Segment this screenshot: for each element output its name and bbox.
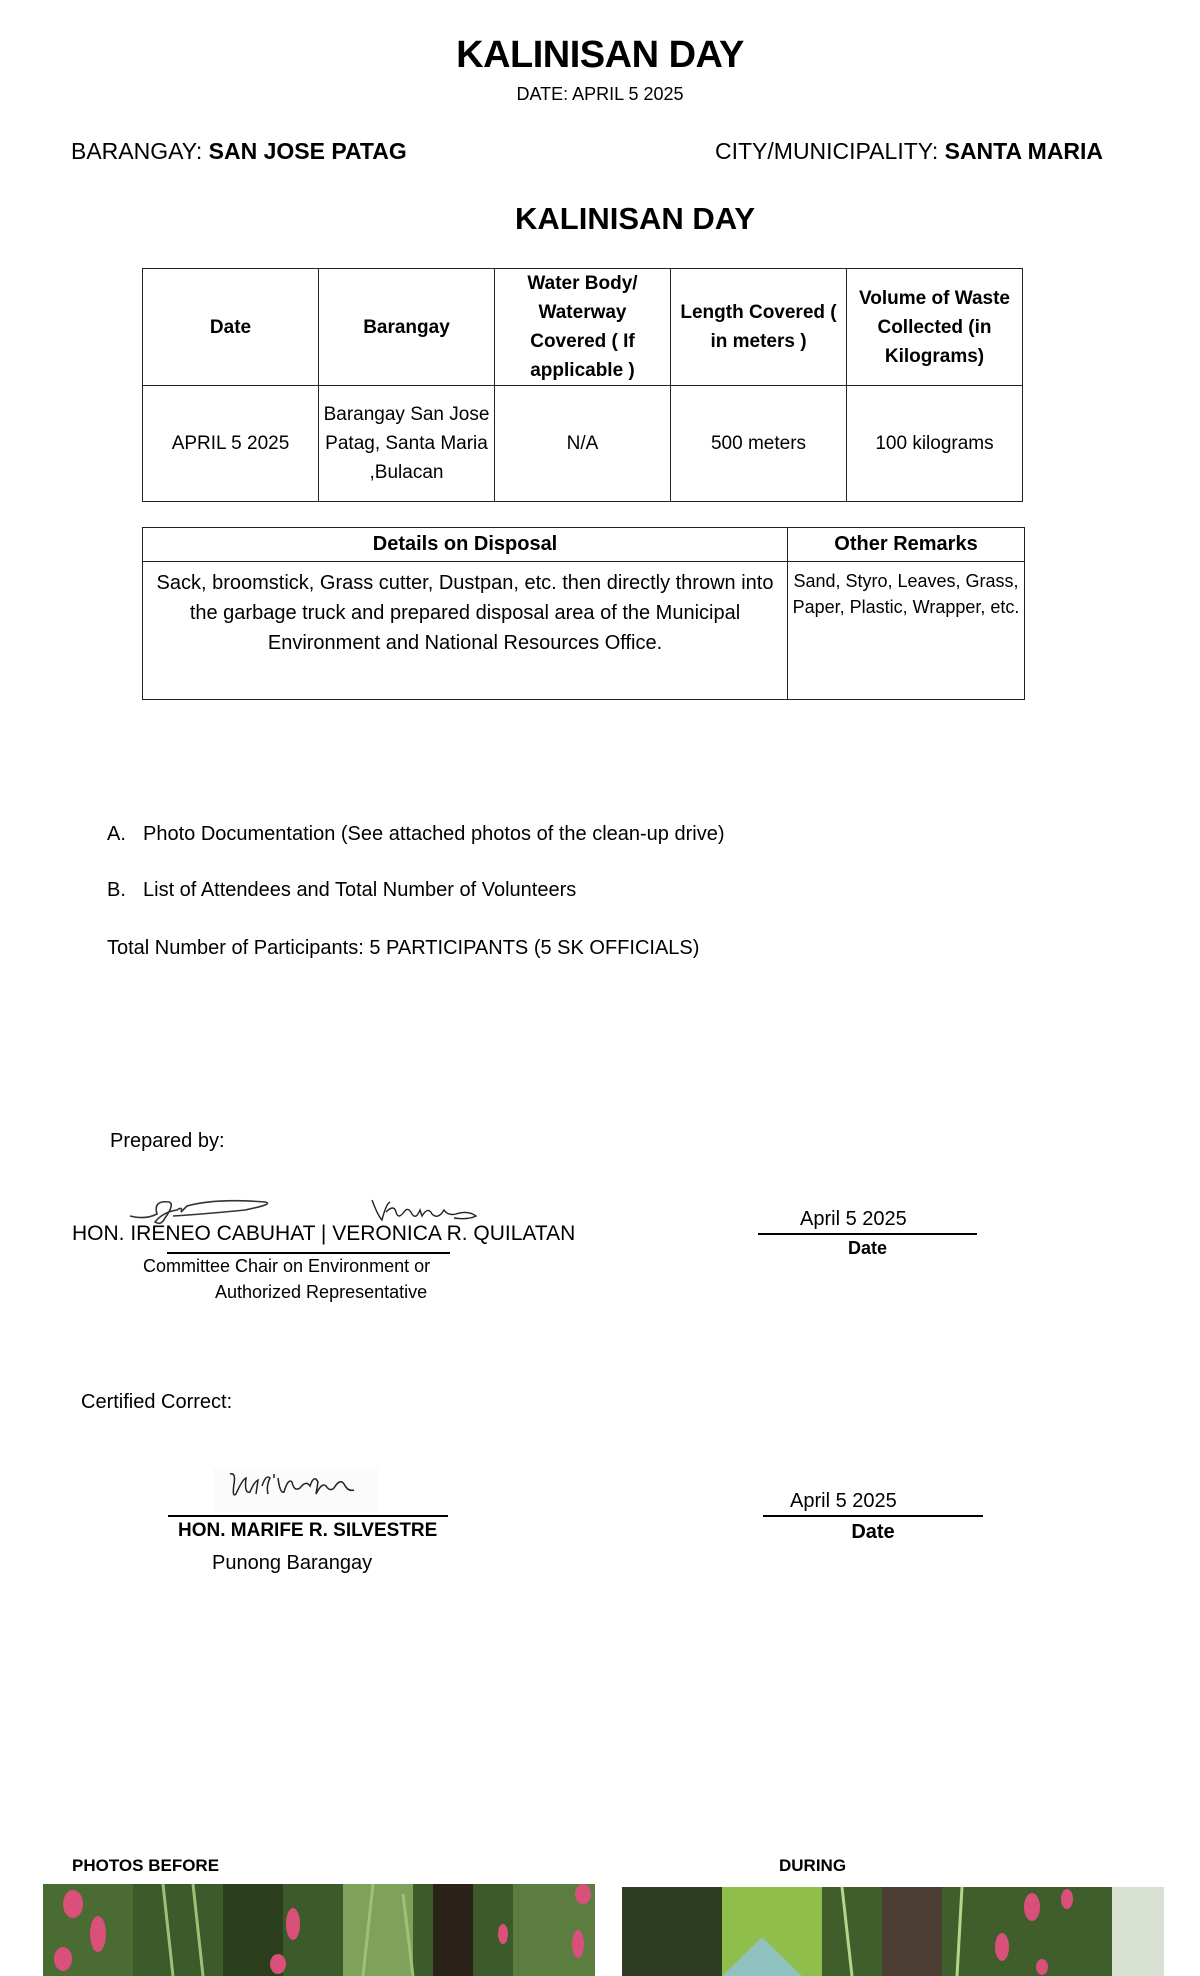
- document-date: DATE: APRIL 5 2025: [0, 84, 1200, 105]
- document-title: KALINISAN DAY: [0, 34, 1200, 77]
- list-marker: A.: [107, 823, 143, 846]
- col-header-disposal: Details on Disposal: [143, 528, 788, 562]
- certifier-name: HON. MARIFE R. SILVESTRE: [178, 1520, 437, 1542]
- cell-remarks: Sand, Styro, Leaves, Grass, Paper, Plast…: [788, 562, 1025, 700]
- list-item-text: List of Attendees and Total Number of Vo…: [143, 879, 576, 901]
- photo-during-image: [622, 1887, 1164, 1976]
- preparer-names: HON. IRENEO CABUHAT | VERONICA R. QUILAT…: [72, 1222, 575, 1246]
- barangay-field: BARANGAY: SAN JOSE PATAG: [71, 138, 407, 165]
- col-header-length: Length Covered ( in meters ): [671, 269, 847, 386]
- table-header-row: Details on Disposal Other Remarks: [143, 528, 1025, 562]
- col-header-date: Date: [143, 269, 319, 386]
- list-marker: B.: [107, 879, 143, 902]
- prepared-by-label: Prepared by:: [110, 1130, 225, 1153]
- barangay-value: SAN JOSE PATAG: [209, 138, 407, 164]
- preparer-role-line1: Committee Chair on Environment or: [143, 1256, 430, 1277]
- table-row: APRIL 5 2025 Barangay San Jose Patag, Sa…: [143, 386, 1023, 502]
- signature-line: [167, 1252, 450, 1254]
- city-value: SANTA MARIA: [945, 138, 1103, 164]
- photo-before-image: [43, 1884, 595, 1976]
- preparer-role-line2: Authorized Representative: [215, 1282, 427, 1303]
- date-line: [758, 1233, 977, 1235]
- certified-correct-label: Certified Correct:: [81, 1391, 232, 1414]
- certified-date-label: Date: [763, 1521, 983, 1544]
- list-item-text: Photo Documentation (See attached photos…: [143, 823, 724, 845]
- prepared-date-value: April 5 2025: [800, 1208, 907, 1231]
- col-header-barangay: Barangay: [319, 269, 495, 386]
- barangay-label: BARANGAY:: [71, 138, 209, 164]
- photos-before-label: PHOTOS BEFORE: [72, 1856, 219, 1876]
- certifier-role: Punong Barangay: [212, 1552, 372, 1575]
- cell-disposal-details: Sack, broomstick, Grass cutter, Dustpan,…: [143, 562, 788, 700]
- list-item-photo-documentation: A.Photo Documentation (See attached phot…: [107, 823, 724, 846]
- date-line: [763, 1515, 983, 1517]
- signature-line: [168, 1515, 448, 1517]
- activity-table: Date Barangay Water Body/ Waterway Cover…: [142, 268, 1023, 502]
- cell-volume: 100 kilograms: [847, 386, 1023, 502]
- certified-date-value: April 5 2025: [790, 1490, 897, 1513]
- cell-date: APRIL 5 2025: [143, 386, 319, 502]
- col-header-volume: Volume of Waste Collected (in Kilograms): [847, 269, 1023, 386]
- col-header-water-body: Water Body/ Waterway Covered ( If applic…: [495, 269, 671, 386]
- total-participants: Total Number of Participants: 5 PARTICIP…: [107, 937, 699, 960]
- table-header-row: Date Barangay Water Body/ Waterway Cover…: [143, 269, 1023, 386]
- cell-length: 500 meters: [671, 386, 847, 502]
- table-row: Sack, broomstick, Grass cutter, Dustpan,…: [143, 562, 1025, 700]
- city-label: CITY/MUNICIPALITY:: [715, 138, 945, 164]
- list-item-attendees: B.List of Attendees and Total Number of …: [107, 879, 576, 902]
- section-title: KALINISAN DAY: [0, 201, 1200, 237]
- cell-barangay: Barangay San Jose Patag, Santa Maria ,Bu…: [319, 386, 495, 502]
- city-field: CITY/MUNICIPALITY: SANTA MARIA: [715, 138, 1103, 165]
- cell-water-body: N/A: [495, 386, 671, 502]
- photos-during-label: DURING: [779, 1856, 846, 1876]
- prepared-date-label: Date: [758, 1238, 977, 1259]
- col-header-remarks: Other Remarks: [788, 528, 1025, 562]
- disposal-table: Details on Disposal Other Remarks Sack, …: [142, 527, 1025, 700]
- signature-silvestre-icon: [222, 1464, 382, 1508]
